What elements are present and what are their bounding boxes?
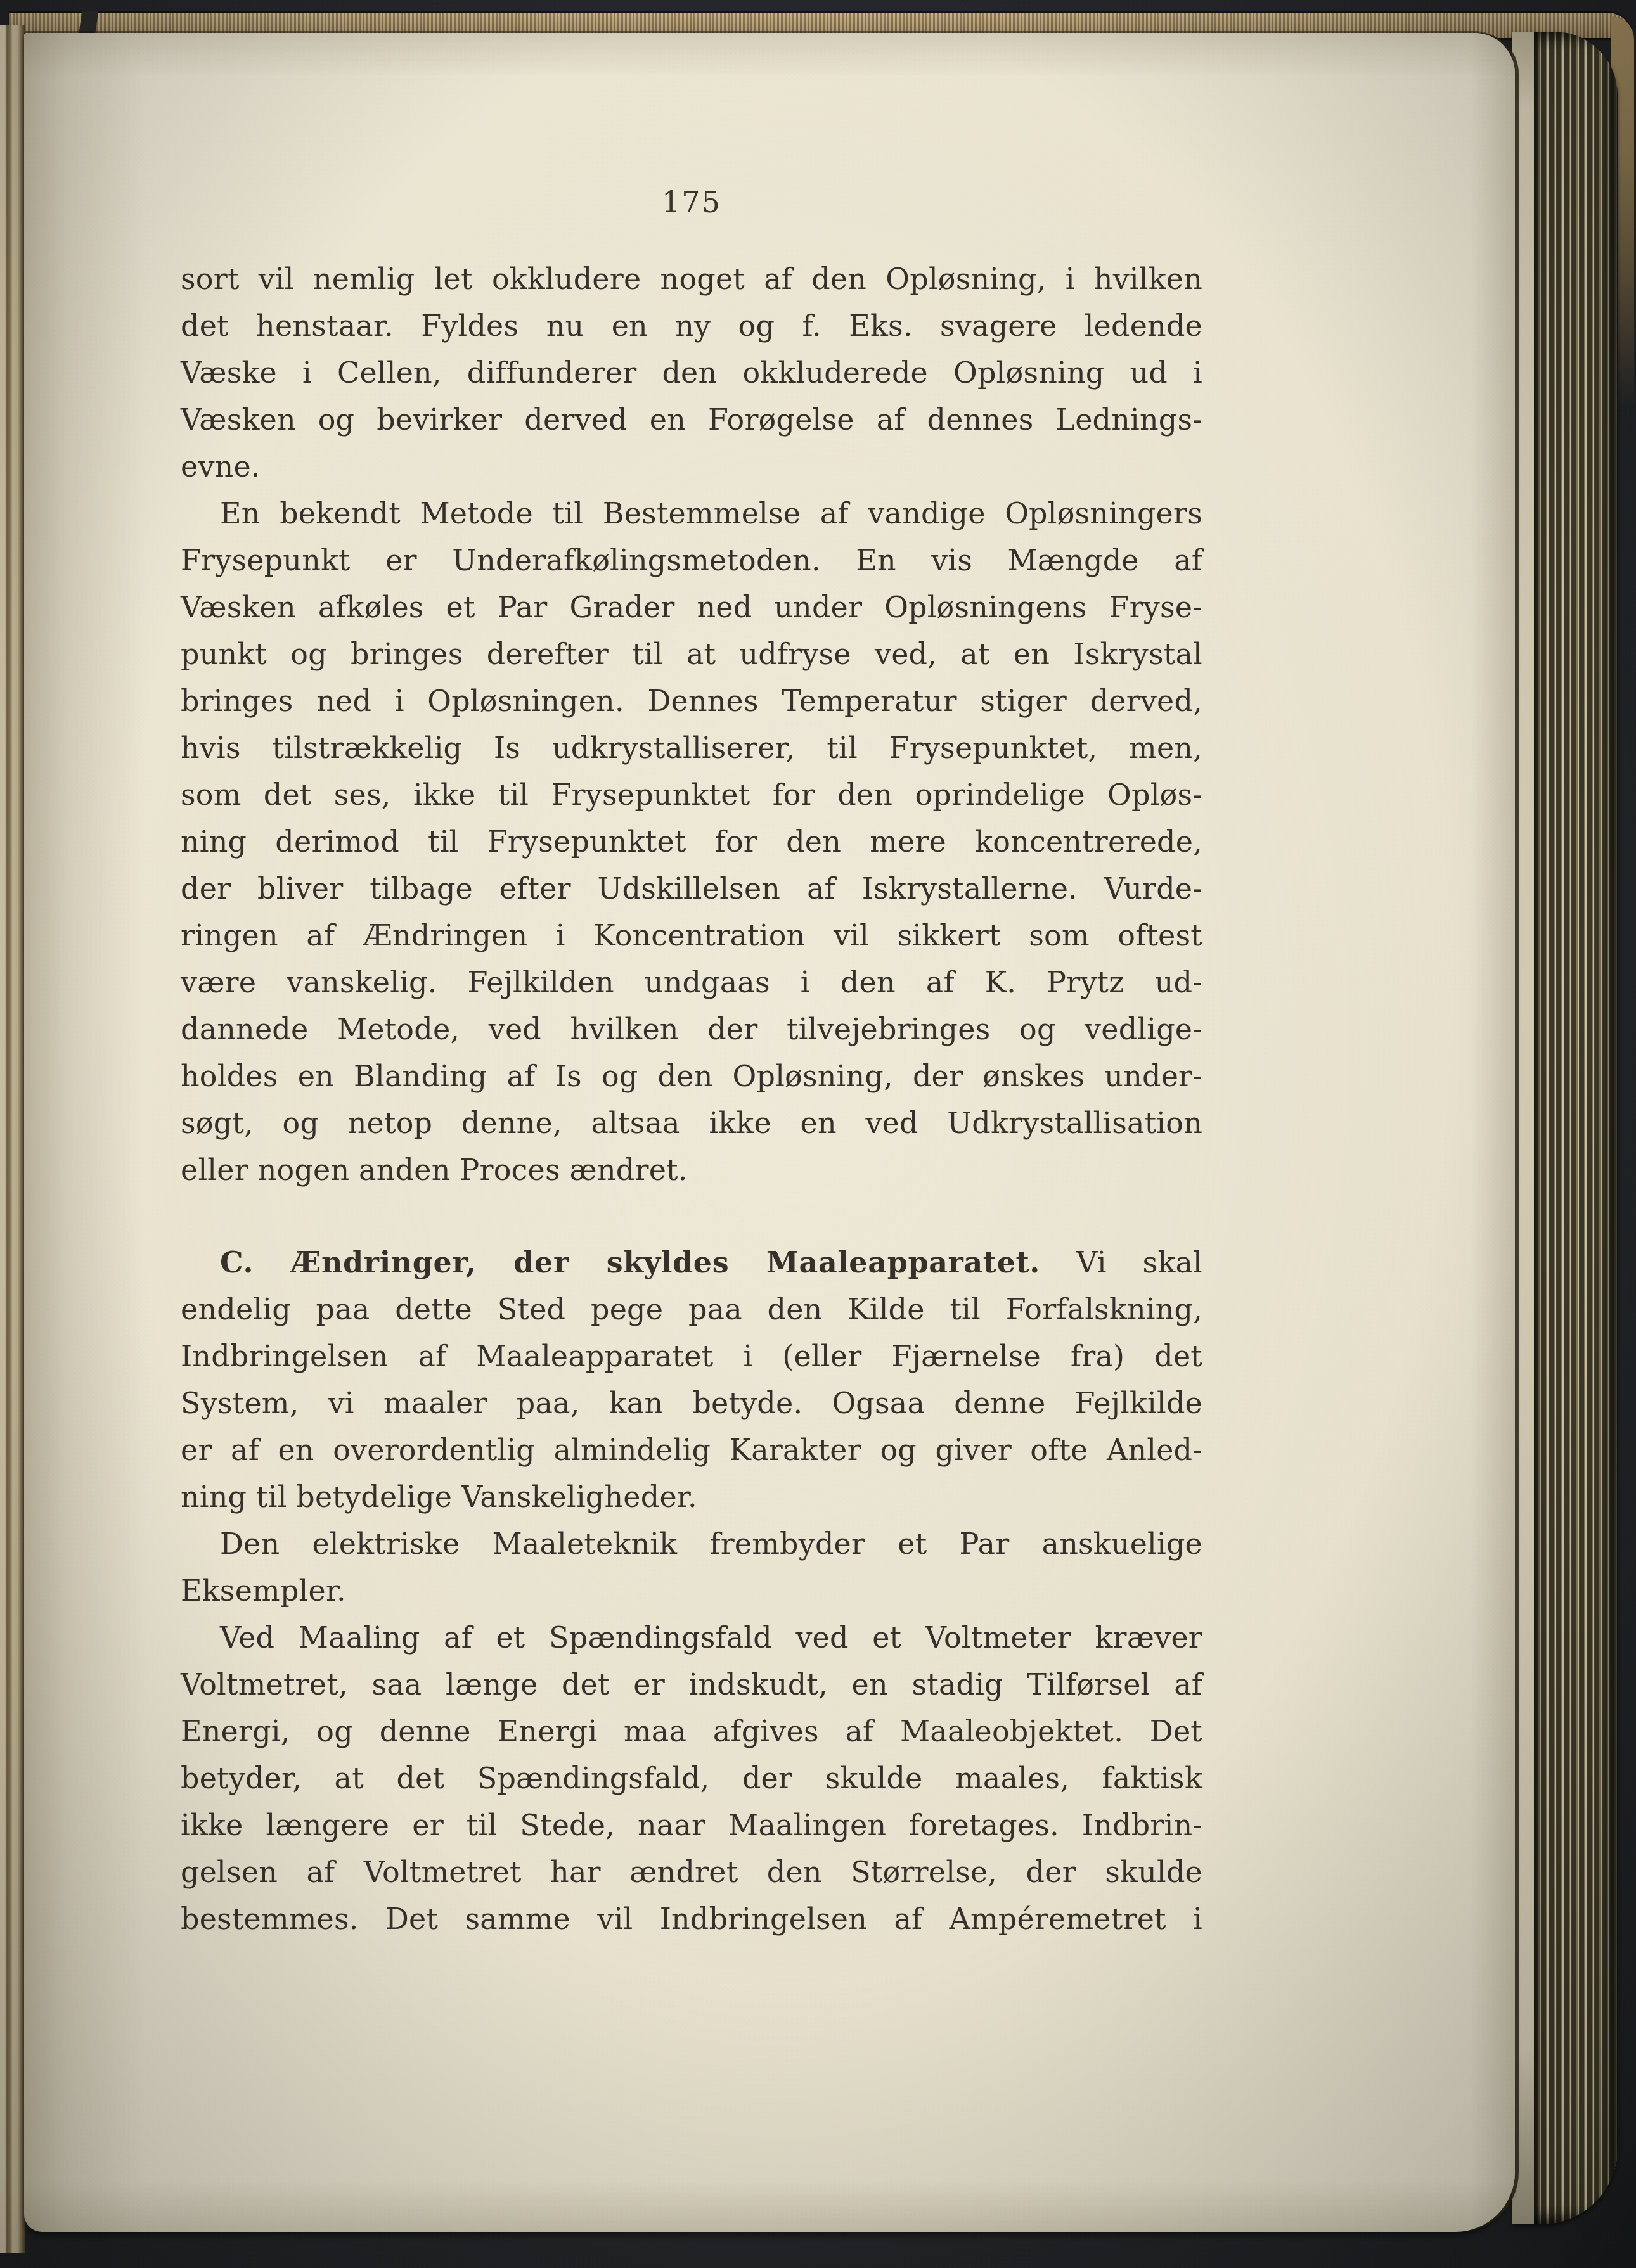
stacked-page-edges: [1534, 32, 1618, 2224]
text-line: bringes ned i Opløsningen. Dennes Temper…: [181, 677, 1202, 724]
text-line: ning til betydelige Vanskeligheder.: [181, 1473, 1202, 1520]
text-line: Energi, og denne Energi maa afgives af M…: [181, 1708, 1202, 1755]
fore-edge-page-stack: [1512, 32, 1618, 2224]
page-number: 175: [181, 185, 1202, 219]
text-line: Væsken afkøles et Par Grader ned under O…: [181, 584, 1202, 631]
text-line: søgt, og netop denne, altsaa ikke en ved…: [181, 1099, 1202, 1146]
text-line: Væske i Cellen, diffunderer den okkluder…: [181, 349, 1202, 396]
text-line: det henstaar. Fyldes nu en ny og f. Eks.…: [181, 302, 1202, 349]
section-heading-line: C. Ændringer, der skyldes Maaleapparatet…: [181, 1239, 1202, 1286]
text-line: Indbringelsen af Maaleapparatet i (eller…: [181, 1333, 1202, 1380]
gutter-adjacent-page-edge: [0, 25, 25, 2253]
text-line: Væsken og bevirker derved en Forøgelse a…: [181, 396, 1202, 443]
text-line: eller nogen anden Proces ændret.: [181, 1146, 1202, 1193]
text-line: ning derimod til Frysepunktet for den me…: [181, 818, 1202, 865]
heading-run-in-text: Vi skal: [1040, 1245, 1202, 1279]
text-line: System, vi maaler paa, kan betyde. Ogsaa…: [181, 1380, 1202, 1426]
text-line: punkt og bringes derefter til at udfryse…: [181, 631, 1202, 677]
text-line: Voltmetret, saa længe det er indskudt, e…: [181, 1661, 1202, 1708]
text-line: der bliver tilbage efter Udskillelsen af…: [181, 865, 1202, 912]
text-line: Den elektriske Maaleteknik frembyder et …: [181, 1520, 1202, 1567]
text-line: være vanskelig. Fejlkilden undgaas i den…: [181, 959, 1202, 1006]
text-line: er af en overordentlig almindelig Karakt…: [181, 1426, 1202, 1473]
top-page-edge: [1512, 32, 1534, 2224]
text-block: sort vil nemlig let okkludere noget af d…: [181, 255, 1202, 1942]
book-page: 175 sort vil nemlig let okkludere noget …: [24, 33, 1515, 2232]
text-line: ringen af Ændringen i Koncentration vil …: [181, 912, 1202, 959]
text-line: bestemmes. Det samme vil Indbringelsen a…: [181, 1895, 1202, 1942]
text-line: gelsen af Voltmetret har ændret den Stør…: [181, 1848, 1202, 1895]
text-line: Ved Maaling af et Spændingsfald ved et V…: [181, 1614, 1202, 1661]
text-line: betyder, at det Spændingsfald, der skuld…: [181, 1755, 1202, 1802]
text-line: En bekendt Metode til Bestemmelse af van…: [181, 490, 1202, 537]
text-line: Eksempler.: [181, 1567, 1202, 1614]
section-heading: C. Ændringer, der skyldes Maaleapparatet…: [220, 1245, 1040, 1279]
text-line: dannede Metode, ved hvilken der tilvejeb…: [181, 1006, 1202, 1053]
book-photo: { "content": { "page_number": "175", "li…: [0, 0, 1636, 2268]
text-line: som det ses, ikke til Frysepunktet for d…: [181, 771, 1202, 818]
text-line: holdes en Blanding af Is og den Opløsnin…: [181, 1053, 1202, 1099]
text-line: Frysepunkt er Underafkølingsmetoden. En …: [181, 537, 1202, 584]
text-line: evne.: [181, 443, 1202, 490]
text-line: hvis tilstrækkelig Is udkrystalliserer, …: [181, 724, 1202, 771]
text-line: sort vil nemlig let okkludere noget af d…: [181, 255, 1202, 302]
text-line: ikke længere er til Stede, naar Maalinge…: [181, 1802, 1202, 1848]
text-line: endelig paa dette Sted pege paa den Kild…: [181, 1286, 1202, 1333]
